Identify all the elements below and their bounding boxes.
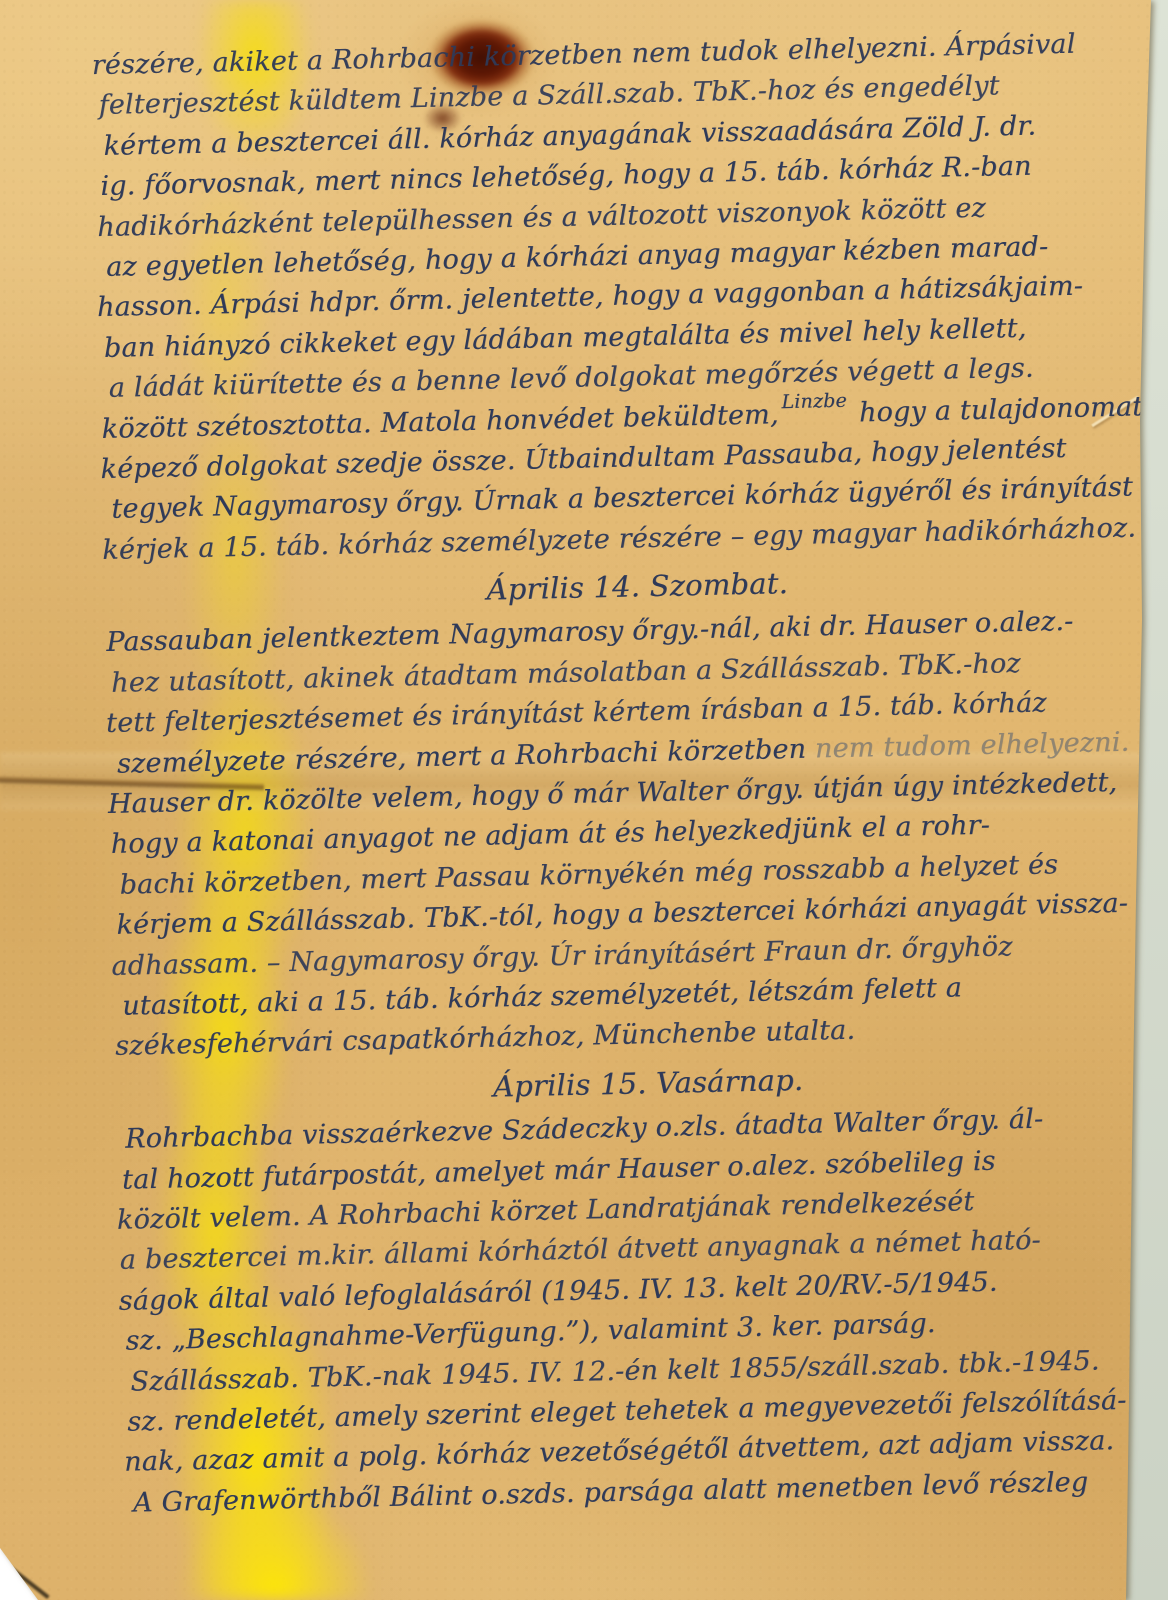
faded-text: nem tudom elhelyezni. [815,726,1130,764]
paper-sheet: részére, akiket a Rohrbachi körzetben ne… [0,0,1168,1600]
inserted-word: Linzbe [781,389,847,412]
document-scan: { "document": { "kind": "handwritten-dia… [0,0,1168,1600]
text-layer: részére, akiket a Rohrbachi körzetben ne… [91,29,1115,1528]
paper-wrapper: részére, akiket a Rohrbachi körzetben ne… [0,0,1168,1600]
